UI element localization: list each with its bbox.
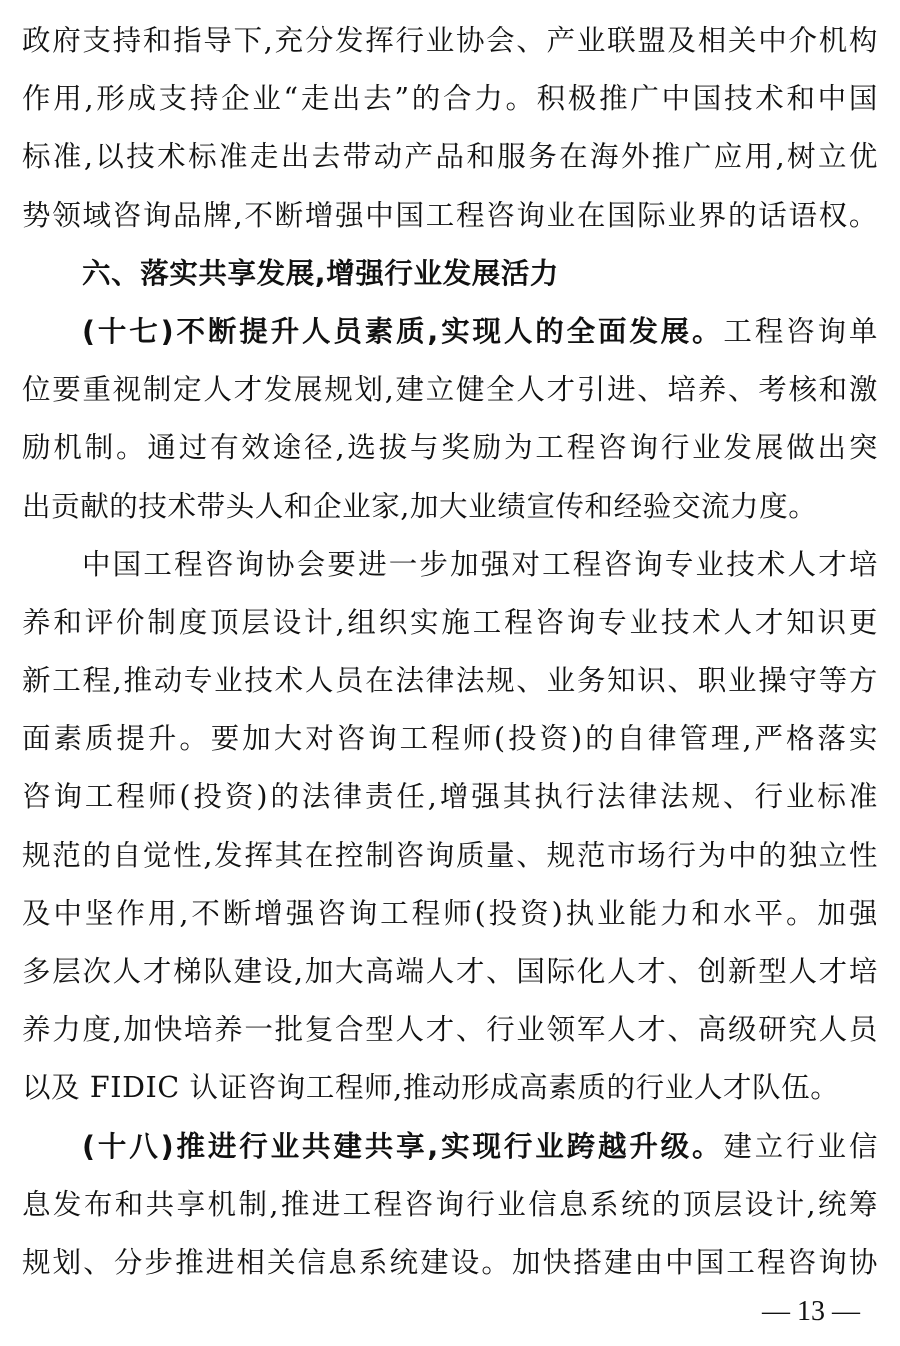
text-line: 规划、分步推进相关信息系统建设。加快搭建由中国工程咨询协 [22,1234,878,1292]
text-line: 位要重视制定人才发展规划,建立健全人才引进、培养、考核和激 [22,361,878,419]
item-17-title: (十七)不断提升人员素质,实现人的全面发展。 [82,315,723,348]
text-line: 中国工程咨询协会要进一步加强对工程咨询专业技术人才培 [22,536,878,594]
text-line: 养和评价制度顶层设计,组织实施工程咨询专业技术人才知识更 [22,594,878,652]
item-18-first-line: (十八)推进行业共建共享,实现行业跨越升级。建立行业信 [22,1118,878,1176]
text-line: 以及 FIDIC 认证咨询工程师,推动形成高素质的行业人才队伍。 [22,1059,878,1117]
text-line: 新工程,推动专业技术人员在法律法规、业务知识、职业操守等方 [22,652,878,710]
item-18-text: 建立行业信 [723,1130,878,1163]
item-17-first-line: (十七)不断提升人员素质,实现人的全面发展。工程咨询单 [22,303,878,361]
text-line: 及中坚作用,不断增强咨询工程师(投资)执业能力和水平。加强 [22,885,878,943]
text-line: 咨询工程师(投资)的法律责任,增强其执行法律法规、行业标准 [22,768,878,826]
text-line: 规范的自觉性,发挥其在控制咨询质量、规范市场行为中的独立性 [22,827,878,885]
text-line: 励机制。通过有效途径,选拔与奖励为工程咨询行业发展做出突 [22,419,878,477]
text-line: 标准,以技术标准走出去带动产品和服务在海外推广应用,树立优 [22,128,878,186]
item-18-title: (十八)推进行业共建共享,实现行业跨越升级。 [82,1130,723,1163]
text-line: 养力度,加快培养一批复合型人才、行业领军人才、高级研究人员 [22,1001,878,1059]
document-page: 政府支持和指导下,充分发挥行业协会、产业联盟及相关中介机构 作用,形成支持企业“… [22,12,878,1292]
item-17-text: 工程咨询单 [723,315,878,348]
text-line: 多层次人才梯队建设,加大高端人才、国际化人才、创新型人才培 [22,943,878,1001]
page-number: — 13 — [762,1296,860,1328]
text-line: 势领域咨询品牌,不断增强中国工程咨询业在国际业界的话语权。 [22,187,878,245]
text-line: 面素质提升。要加大对咨询工程师(投资)的自律管理,严格落实 [22,710,878,768]
text-line: 政府支持和指导下,充分发挥行业协会、产业联盟及相关中介机构 [22,12,878,70]
text-line: 出贡献的技术带头人和企业家,加大业绩宣传和经验交流力度。 [22,478,878,536]
text-line: 作用,形成支持企业“走出去”的合力。积极推广中国技术和中国 [22,70,878,128]
section-heading: 六、落实共享发展,增强行业发展活力 [22,245,878,303]
text-line: 息发布和共享机制,推进工程咨询行业信息系统的顶层设计,统筹 [22,1176,878,1234]
